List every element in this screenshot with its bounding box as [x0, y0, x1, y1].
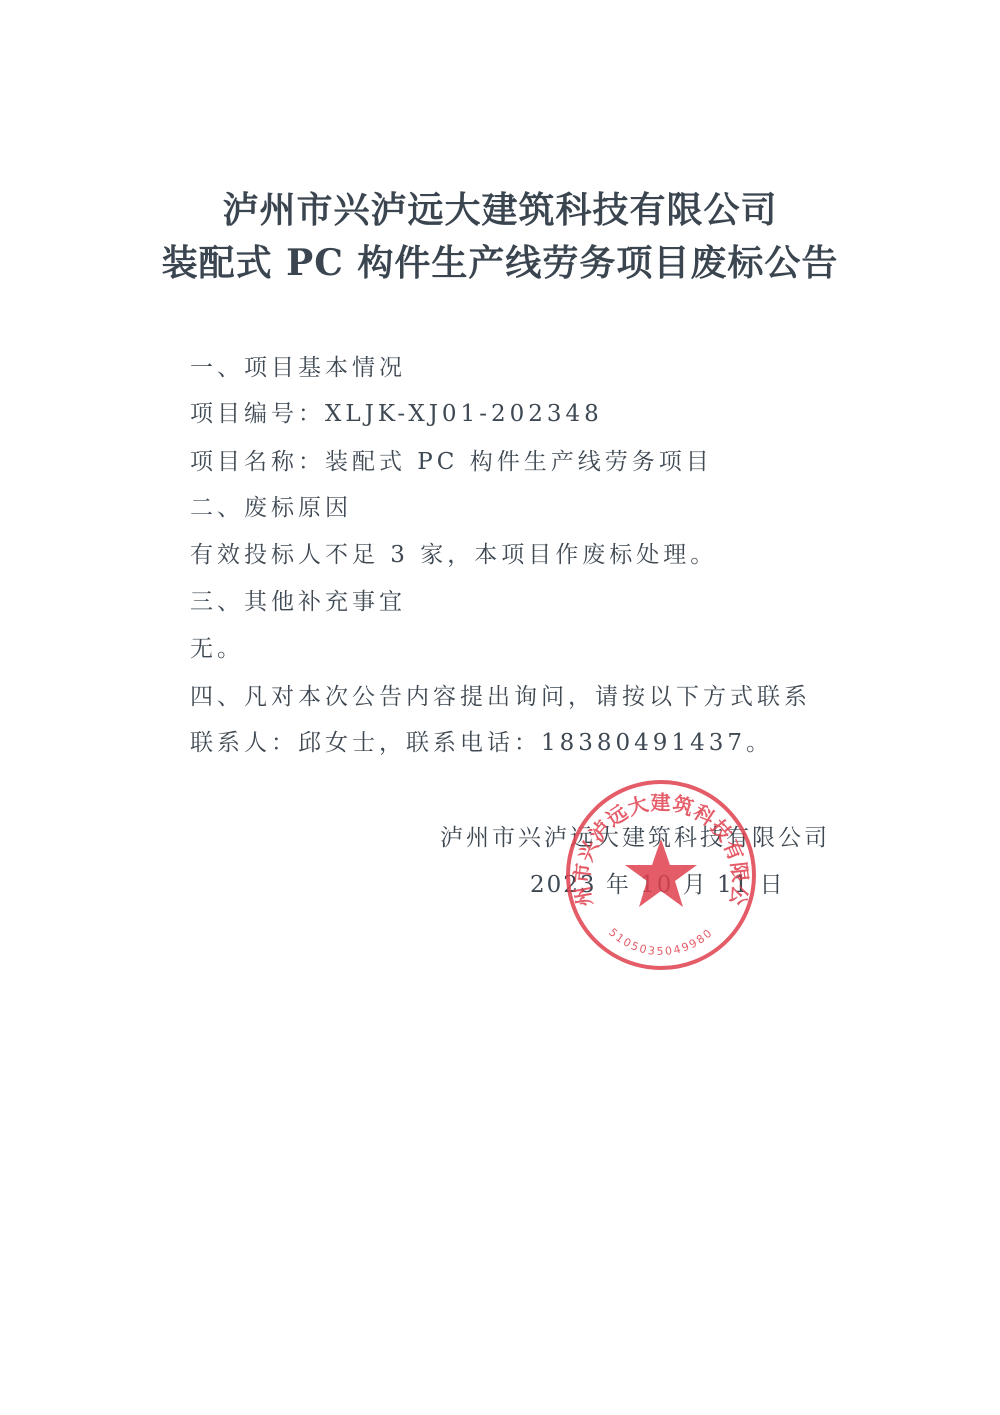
reason-text: 有效投标人不足 3 家，本项目作废标处理。: [190, 540, 717, 570]
title-announcement: 装配式 PC 构件生产线劳务项目废标公告: [0, 241, 1000, 285]
project-number: 项目编号：XLJK-XJ01-202348: [190, 399, 603, 429]
title-company: 泸州市兴泸远大建筑科技有限公司: [0, 188, 1000, 232]
seal-code: 5105035049980: [606, 926, 716, 958]
section-heading-other: 三、其他补充事宜: [190, 587, 406, 617]
section-heading-reason: 二、废标原因: [190, 493, 352, 523]
announcement-page: 泸州市兴泸远大建筑科技有限公司 装配式 PC 构件生产线劳务项目废标公告 一、项…: [0, 0, 1000, 1415]
contact-text: 联系人：邱女士，联系电话：18380491437。: [190, 728, 773, 758]
signature-date: 2023 年 10 月 11 日: [530, 870, 785, 900]
section-heading-contact: 四、凡对本次公告内容提出询问，请按以下方式联系: [190, 682, 811, 712]
other-text: 无。: [190, 634, 244, 664]
svg-text:5105035049980: 5105035049980: [606, 926, 716, 958]
signature-company: 泸州市兴泸远大建筑科技有限公司: [440, 823, 830, 853]
section-heading-basic-info: 一、项目基本情况: [190, 353, 406, 383]
project-name: 项目名称：装配式 PC 构件生产线劳务项目: [190, 447, 713, 477]
